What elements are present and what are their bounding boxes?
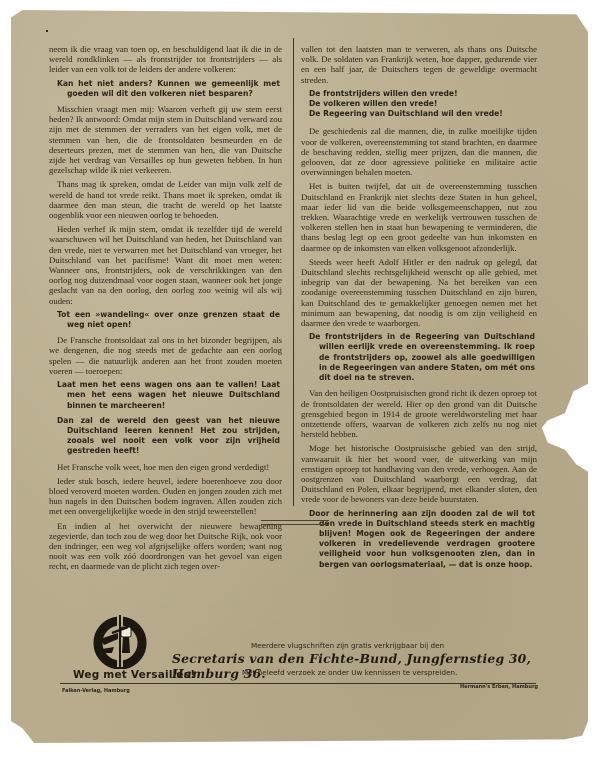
- body-paragraph: Steeds weer heeft Adolf Hitler er den na…: [301, 257, 537, 328]
- body-paragraph: De geschiedenis zal die mannen, die, in …: [301, 126, 537, 177]
- slogan-list: De frontstrijders willen den vrede!De vo…: [301, 89, 537, 120]
- section-divider: [261, 520, 329, 525]
- body-paragraph: vallen tot den laatsten man te verweren,…: [301, 44, 537, 85]
- info-line-request: Met beleefd verzoek ze onder Uw kennisse…: [242, 668, 457, 677]
- body-paragraph: Thans mag ik spreken, omdat de Leider va…: [49, 179, 282, 220]
- emphasis-paragraph: Kan het niet anders? Kunnen we gemeenlij…: [49, 79, 282, 99]
- body-paragraph: Misschien vraagt men mij: Waarom verheft…: [49, 104, 282, 175]
- info-line-availability: Meerdere vlugschriften zijn gratis verkr…: [251, 641, 444, 650]
- printer-imprint: Hermann's Erben, Hamburg: [460, 684, 538, 690]
- publisher-imprint: Falken-Verlag, Hamburg: [62, 688, 130, 694]
- right-column: vallen tot den laatsten man te verweren,…: [301, 44, 537, 575]
- print-mark: [46, 30, 48, 32]
- body-paragraph: Het Fransche volk weet, hoe men den eige…: [49, 462, 282, 472]
- broken-chain-fist-emblem-icon: [92, 613, 148, 669]
- emphasis-paragraph: De frontstrijders in de Regeering van Du…: [301, 332, 537, 383]
- left-column: neem ik die vraag van toen op, en beschu…: [49, 44, 282, 576]
- emphasis-paragraph: Laat men het eens wagen ons aan te valle…: [49, 380, 282, 411]
- body-paragraph: Moge het historische Oostpruisische gebi…: [301, 443, 537, 504]
- body-paragraph: De Fransche frontsoldaat zal ons in het …: [49, 335, 282, 376]
- body-paragraph: neem ik die vraag van toen op, en beschu…: [49, 44, 282, 75]
- emphasis-paragraph: Dan zal de wereld den geest van het nieu…: [49, 416, 282, 457]
- body-paragraph: En indien al het overwicht der nieuwere …: [49, 521, 282, 572]
- body-paragraph: Van den heiligen Oostpruisischen grond r…: [301, 388, 537, 439]
- body-paragraph: Het is buiten twijfel, dat uit de overee…: [301, 181, 537, 252]
- emphasis-paragraph: Tot een »wandeling« over onze grenzen st…: [49, 310, 282, 330]
- body-paragraph: Heden verhef ik mijn stem, omdat ik teze…: [49, 224, 282, 306]
- column-divider: [293, 38, 294, 506]
- slogan-line: De volkeren willen den vrede!: [309, 99, 537, 109]
- emphasis-paragraph: Door de herinnering aan zijn dooden zal …: [301, 509, 537, 570]
- slogan-line: De Regeering van Duitschland wil den vre…: [309, 109, 537, 119]
- body-paragraph: Ieder stuk bosch, iedere heuvel, iedere …: [49, 476, 282, 517]
- slogan-line: De frontstrijders willen den vrede!: [309, 89, 537, 99]
